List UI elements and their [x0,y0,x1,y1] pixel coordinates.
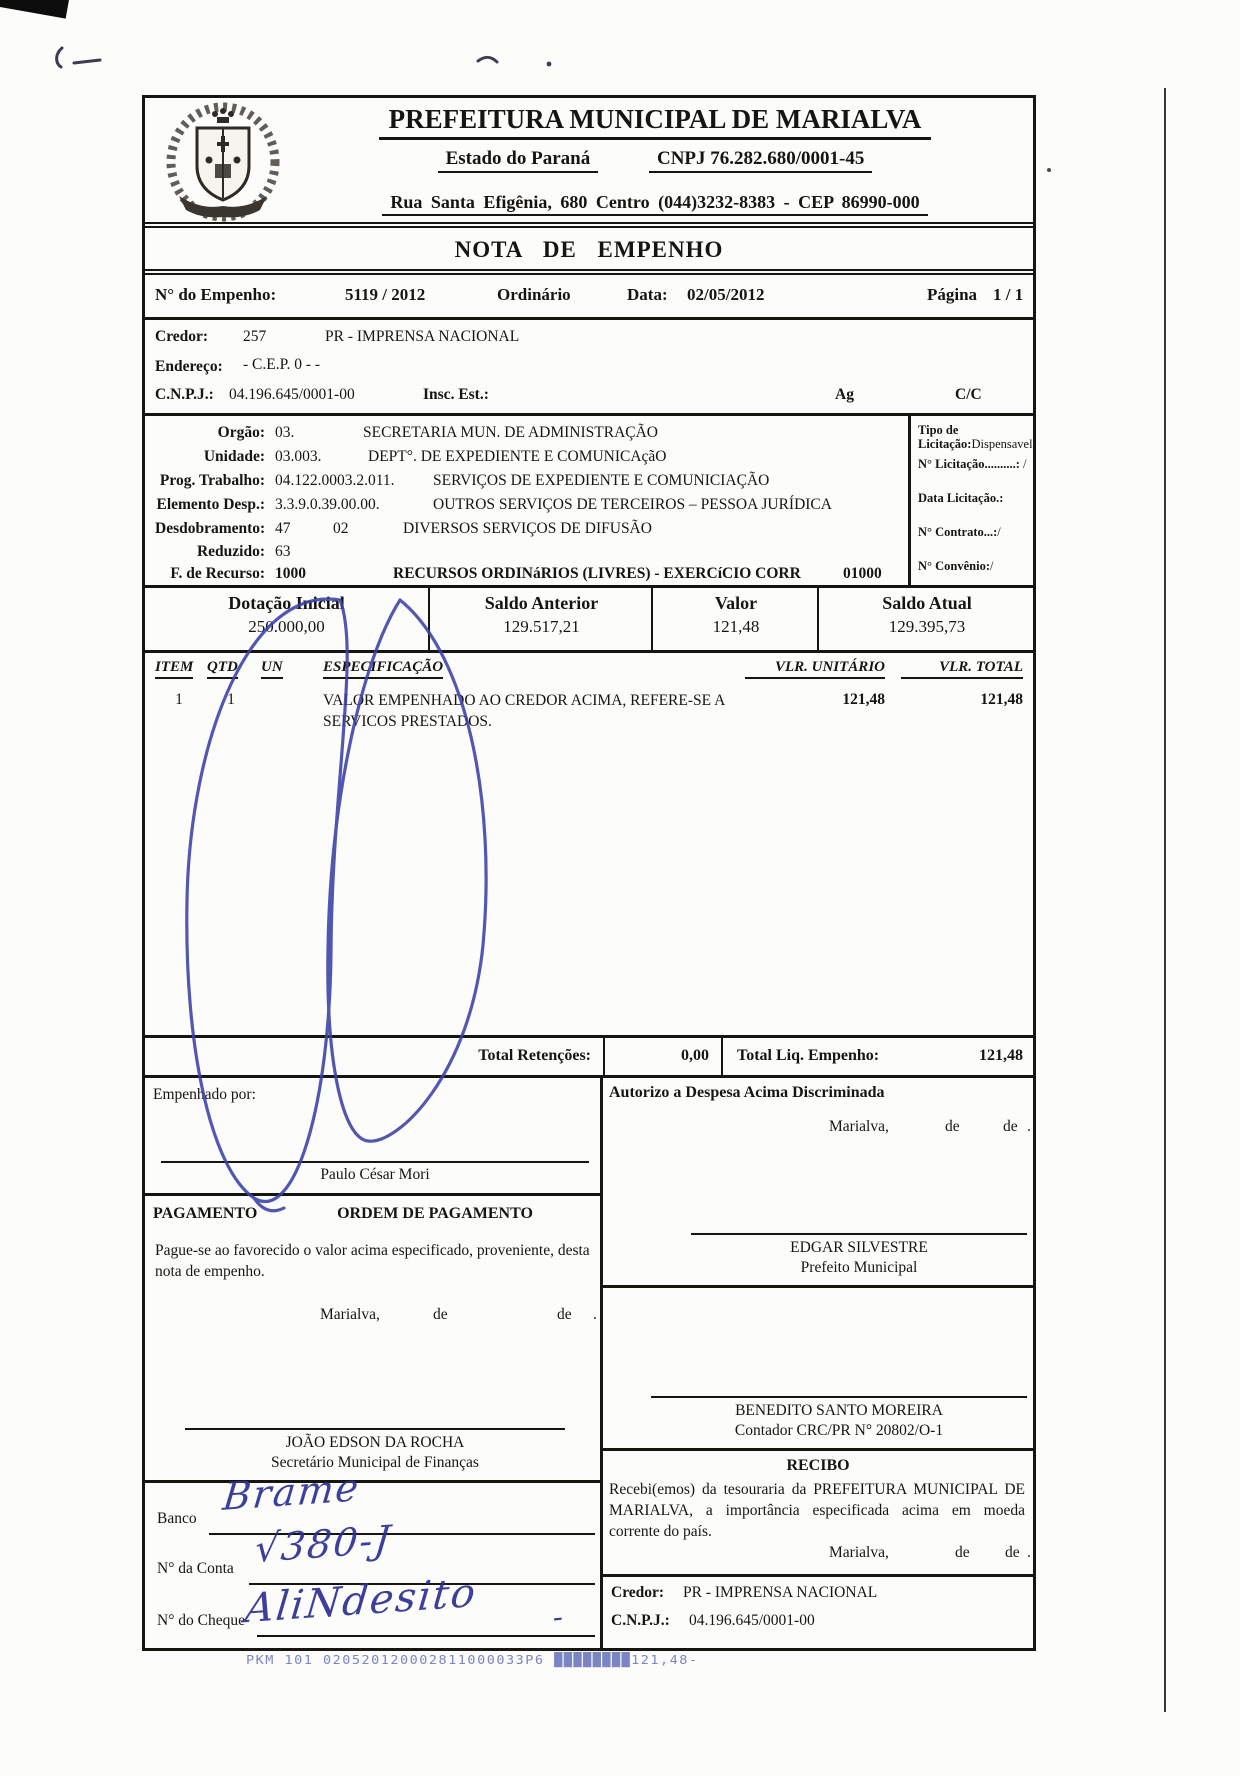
licitacao-box: Tipo de Licitação:Dispensavel N° Licitaç… [908,416,1036,588]
saldo-atual-label: Saldo Atual [819,593,1035,614]
header-address-line: Rua Santa Efigênia, 680 Centro (044)3232… [295,192,1015,213]
dotacao-inicial-cell: Dotação Inicial 250.000,00 [145,588,428,653]
signature-line-accountant [651,1396,1027,1398]
budget-row-elemento: Elemento Desp.: 3.3.9.0.39.00.00. OUTROS… [155,496,900,518]
item-vlr-total: 121,48 [901,691,1023,709]
doc-title: NOTA DE EMPENHO [145,237,1033,263]
budget-row-orgao: Orgão: 03. SECRETARIA MUN. DE ADMINISTRA… [155,424,900,446]
pen-mark-top-left [57,48,62,67]
empenho-type: Ordinário [497,285,571,305]
item-description: VALOR EMPENHADO AO CREDOR ACIMA, REFERE-… [323,691,778,733]
elemento-code: 3.3.9.0.39.00.00. [275,496,380,514]
items-header-qtd: QTD [207,659,238,679]
recibo-divider [603,1448,1033,1451]
header-state-cnpj-line: Estado do Paraná CNPJ 76.282.680/0001-45 [295,148,1015,170]
doc-title-bar: NOTA DE EMPENHO [145,228,1033,275]
desdobramento-label: Desdobramento: [155,520,265,538]
total-retencoes-value: 0,00 [607,1047,709,1065]
total-liquido-value: 121,48 [915,1047,1023,1065]
page-number-label: Página [927,285,977,305]
header-cnpj: CNPJ 76.282.680/0001-45 [649,148,872,173]
credor-label: Credor: [155,328,208,346]
dotacao-inicial-label: Dotação Inicial [145,593,428,614]
credor-section: Credor: 257 PR - IMPRENSA NACIONAL Ender… [145,320,1033,416]
valor-value: 121,48 [653,617,819,637]
licitacao-data-label: Data Licitação.: [918,491,1003,505]
licitacao-tipo-value: Dispensavel [971,437,1032,451]
pen-dot-top-center [547,62,552,67]
reduzido-code: 63 [275,543,291,561]
cheque-label: N° do Cheque [157,1612,245,1630]
pagamento-de1: de [433,1306,448,1324]
finance-signature-role: Secretário Municipal de Finanças [185,1454,565,1472]
pen-mark-top-center [478,57,497,62]
items-header-vlr-total: VLR. TOTAL [901,659,1023,679]
contrato-label: N° Contrato...: [918,525,997,539]
saldo-anterior-cell: Saldo Anterior 129.517,21 [428,588,653,653]
pagamento-title: PAGAMENTO [153,1205,257,1223]
valor-label: Valor [653,593,819,614]
credor-ag-label: Ag [835,386,854,404]
pagamento-period: . [593,1306,597,1324]
mayor-divider [603,1285,1033,1288]
orgao-label: Orgão: [155,424,265,442]
licitacao-numero-value: / [1023,457,1026,471]
saldo-anterior-value: 129.517,21 [430,617,653,637]
budget-row-desdobramento: Desdobramento: 47 02 DIVERSOS SERVIÇOS D… [155,520,900,542]
page-number-value: 1 / 1 [993,285,1023,305]
saldo-atual-value: 129.395,73 [819,617,1035,637]
credor-address-value: - C.E.P. 0 - - [243,356,320,374]
credor-cnpj-value: 04.196.645/0001-00 [229,386,355,404]
dotacao-inicial-value: 250.000,00 [145,617,428,637]
items-header-item: ITEM [155,659,193,679]
dotacao-table: Dotação Inicial 250.000,00 Saldo Anterio… [145,588,1033,653]
pagamento-city: Marialva, [320,1306,380,1324]
lower-right-column: Autorizo a Despesa Acima Discriminada Ma… [603,1078,1033,1648]
item-qty: 1 [219,691,243,709]
items-table: ITEM QTD UN ESPECIFICAÇÃO VLR. UNITÁRIO … [145,653,1033,1038]
items-header-un: UN [261,659,283,679]
conta-label: N° da Conta [157,1560,234,1578]
prog-trabalho-label: Prog. Trabalho: [155,472,265,490]
budget-section: Orgão: 03. SECRETARIA MUN. DE ADMINISTRA… [145,416,1033,588]
accountant-signature-role: Contador CRC/PR N° 20802/O-1 [651,1422,1027,1440]
contrato-value: / [997,525,1000,539]
mayor-signature-name: EDGAR SILVESTRE [691,1239,1027,1257]
budget-row-prog-trabalho: Prog. Trabalho: 04.122.0003.2.011. SERVI… [155,472,900,494]
credor-footer-value: PR - IMPRENSA NACIONAL [683,1584,877,1602]
convenio-label: N° Convênio: [918,559,990,573]
recibo-de1: de [955,1544,970,1562]
scan-speck [1047,168,1051,172]
mayor-signature-role: Prefeito Municipal [691,1259,1027,1277]
banco-label: Banco [157,1510,197,1528]
banco-handwritten-value: Brame [221,1465,363,1519]
cheque-underline [257,1635,595,1637]
unidade-desc: DEPT°. DE EXPEDIENTE E COMUNICAçãO [368,448,667,466]
desdobramento-code2: 02 [333,520,349,538]
budget-row-reduzido: Reduzido: 63 [155,543,900,565]
prog-trabalho-desc: SERVIÇOS DE EXPEDIENTE E COMUNICIAÇÃO [433,472,769,490]
header-address: Rua Santa Efigênia, 680 Centro (044)3232… [382,192,927,216]
scan-corner-artifact [0,0,69,19]
empenho-number-value: 5119 / 2012 [345,285,425,305]
lower-section: Empenhado por: Paulo César Mori PAGAMENT… [145,1078,1033,1648]
finance-signature-name: JOÃO EDSON DA ROCHA [185,1434,565,1452]
bank-divider [145,1480,600,1483]
desdobramento-desc: DIVERSOS SERVIÇOS DE DIFUSÃO [403,520,652,538]
autorizo-period: . [1027,1118,1031,1136]
recurso-label: F. de Recurso: [155,565,265,583]
empenhado-por-label: Empenhado por: [153,1086,256,1104]
signature-line-mayor [691,1233,1027,1235]
reduzido-label: Reduzido: [155,543,265,561]
header-box: PREFEITURA MUNICIPAL DE MARIALVA Estado … [145,98,1033,228]
autorizo-de2: de [1003,1118,1018,1136]
recibo-de2: de [1005,1544,1020,1562]
credor-cnpj-label: C.N.P.J.: [155,386,214,404]
licitacao-data-row: Data Licitação.: [918,492,1033,506]
recibo-period: . [1027,1544,1031,1562]
recibo-text: Recebi(emos) da tesouraria da PREFEITURA… [609,1480,1025,1543]
header-state: Estado do Paraná [438,148,599,173]
pagamento-divider [145,1193,600,1196]
licitacao-numero-label: N° Licitação..........: [918,457,1020,471]
saldo-atual-cell: Saldo Atual 129.395,73 [817,588,1035,653]
autorizo-city: Marialva, [829,1118,889,1136]
orgao-code: 03. [275,424,294,442]
totals-row: Total Retenções: 0,00 Total Liq. Empenho… [145,1038,1033,1078]
valor-cell: Valor 121,48 [651,588,819,653]
conta-handwritten-value: √380-J [253,1517,394,1571]
credor-insc-label: Insc. Est.: [423,386,489,404]
saldo-anterior-label: Saldo Anterior [430,593,653,614]
signature-line-finance [185,1428,565,1430]
contrato-row: N° Contrato...:/ [918,526,1033,540]
cheque-handwritten-suffix: - [551,1599,567,1635]
empenho-number-row: N° do Empenho: 5119 / 2012 Ordinário Dat… [145,275,1033,320]
empenho-date-value: 02/05/2012 [687,285,764,305]
autorizo-de1: de [945,1118,960,1136]
credor-address-label: Endereço: [155,358,223,376]
totals-divider-1 [603,1038,605,1078]
convenio-value: / [990,559,993,573]
nota-de-empenho-document: PREFEITURA MUNICIPAL DE MARIALVA Estado … [142,95,1036,1651]
empenho-date-label: Data: [627,285,668,305]
unidade-code: 03.003. [275,448,322,466]
credor-footer-label: Credor: [611,1584,664,1602]
pagamento-de2: de [557,1306,572,1324]
empenho-number-label: N° do Empenho: [155,285,276,305]
unidade-label: Unidade: [155,448,265,466]
accountant-signature-name: BENEDITO SANTO MOREIRA [651,1402,1027,1420]
recibo-title: RECIBO [603,1457,1033,1475]
pagamento-text: Pague-se ao favorecido o valor acima esp… [155,1241,593,1283]
licitacao-tipo-label: Tipo de Licitação: [918,423,971,451]
budget-row-recurso: F. de Recurso: 1000 RECURSOS ORDINáRIOS … [155,565,900,587]
lower-left-column: Empenhado por: Paulo César Mori PAGAMENT… [145,1078,603,1648]
total-liquido-label: Total Liq. Empenho: [737,1047,879,1065]
elemento-label: Elemento Desp.: [155,496,265,514]
budget-row-unidade: Unidade: 03.003. DEPT°. DE EXPEDIENTE E … [155,448,900,470]
autorizo-title: Autorizo a Despesa Acima Discriminada [609,1084,885,1102]
credor-cc-label: C/C [955,386,982,404]
scan-edge-artifact [1164,88,1166,1712]
pen-dash-top-left [74,60,100,63]
recibo-city: Marialva, [829,1544,889,1562]
credor-footer-divider [603,1574,1033,1577]
recurso-code: 1000 [275,565,306,583]
credor-footer-cnpj-value: 04.196.645/0001-00 [689,1612,815,1630]
credor-code: 257 [243,328,266,346]
municipality-title: PREFEITURA MUNICIPAL DE MARIALVA [379,104,932,140]
ordem-pagamento-title: ORDEM DE PAGAMENTO [295,1205,575,1223]
header-title-line: PREFEITURA MUNICIPAL DE MARIALVA [295,104,1015,135]
municipality-coat-of-arms-logo [157,102,289,222]
credor-footer-cnpj-label: C.N.P.J.: [611,1612,670,1630]
printer-footer-line: PKM 101 020520120002811000033P6 ████████… [246,1652,699,1667]
empenhado-signature-name: Paulo César Mori [161,1166,589,1184]
item-number: 1 [167,691,191,709]
items-header-vlr-unitario: VLR. UNITÁRIO [745,659,885,679]
total-retencoes-label: Total Retenções: [145,1047,591,1065]
items-header-especificacao: ESPECIFICAÇÃO [323,659,443,679]
totals-divider-2 [721,1038,723,1078]
credor-name: PR - IMPRENSA NACIONAL [325,328,519,346]
desdobramento-code: 47 [275,520,291,538]
scanned-page: PREFEITURA MUNICIPAL DE MARIALVA Estado … [0,0,1240,1776]
item-vlr-unitario: 121,48 [745,691,885,709]
signature-line-empenhado [161,1161,589,1163]
cheque-handwritten-value: AliNdesito [243,1570,480,1633]
convenio-row: N° Convênio:/ [918,560,1033,574]
elemento-desc: OUTROS SERVIÇOS DE TERCEIROS – PESSOA JU… [433,496,832,514]
recurso-extra-code: 01000 [843,565,882,583]
prog-trabalho-code: 04.122.0003.2.011. [275,472,395,490]
licitacao-numero-row: N° Licitação..........: / [918,458,1033,472]
licitacao-tipo-row: Tipo de Licitação:Dispensavel [918,424,1033,452]
orgao-desc: SECRETARIA MUN. DE ADMINISTRAÇÃO [363,424,658,442]
recurso-desc: RECURSOS ORDINáRIOS (LIVRES) - EXERCíCIO… [393,565,801,583]
